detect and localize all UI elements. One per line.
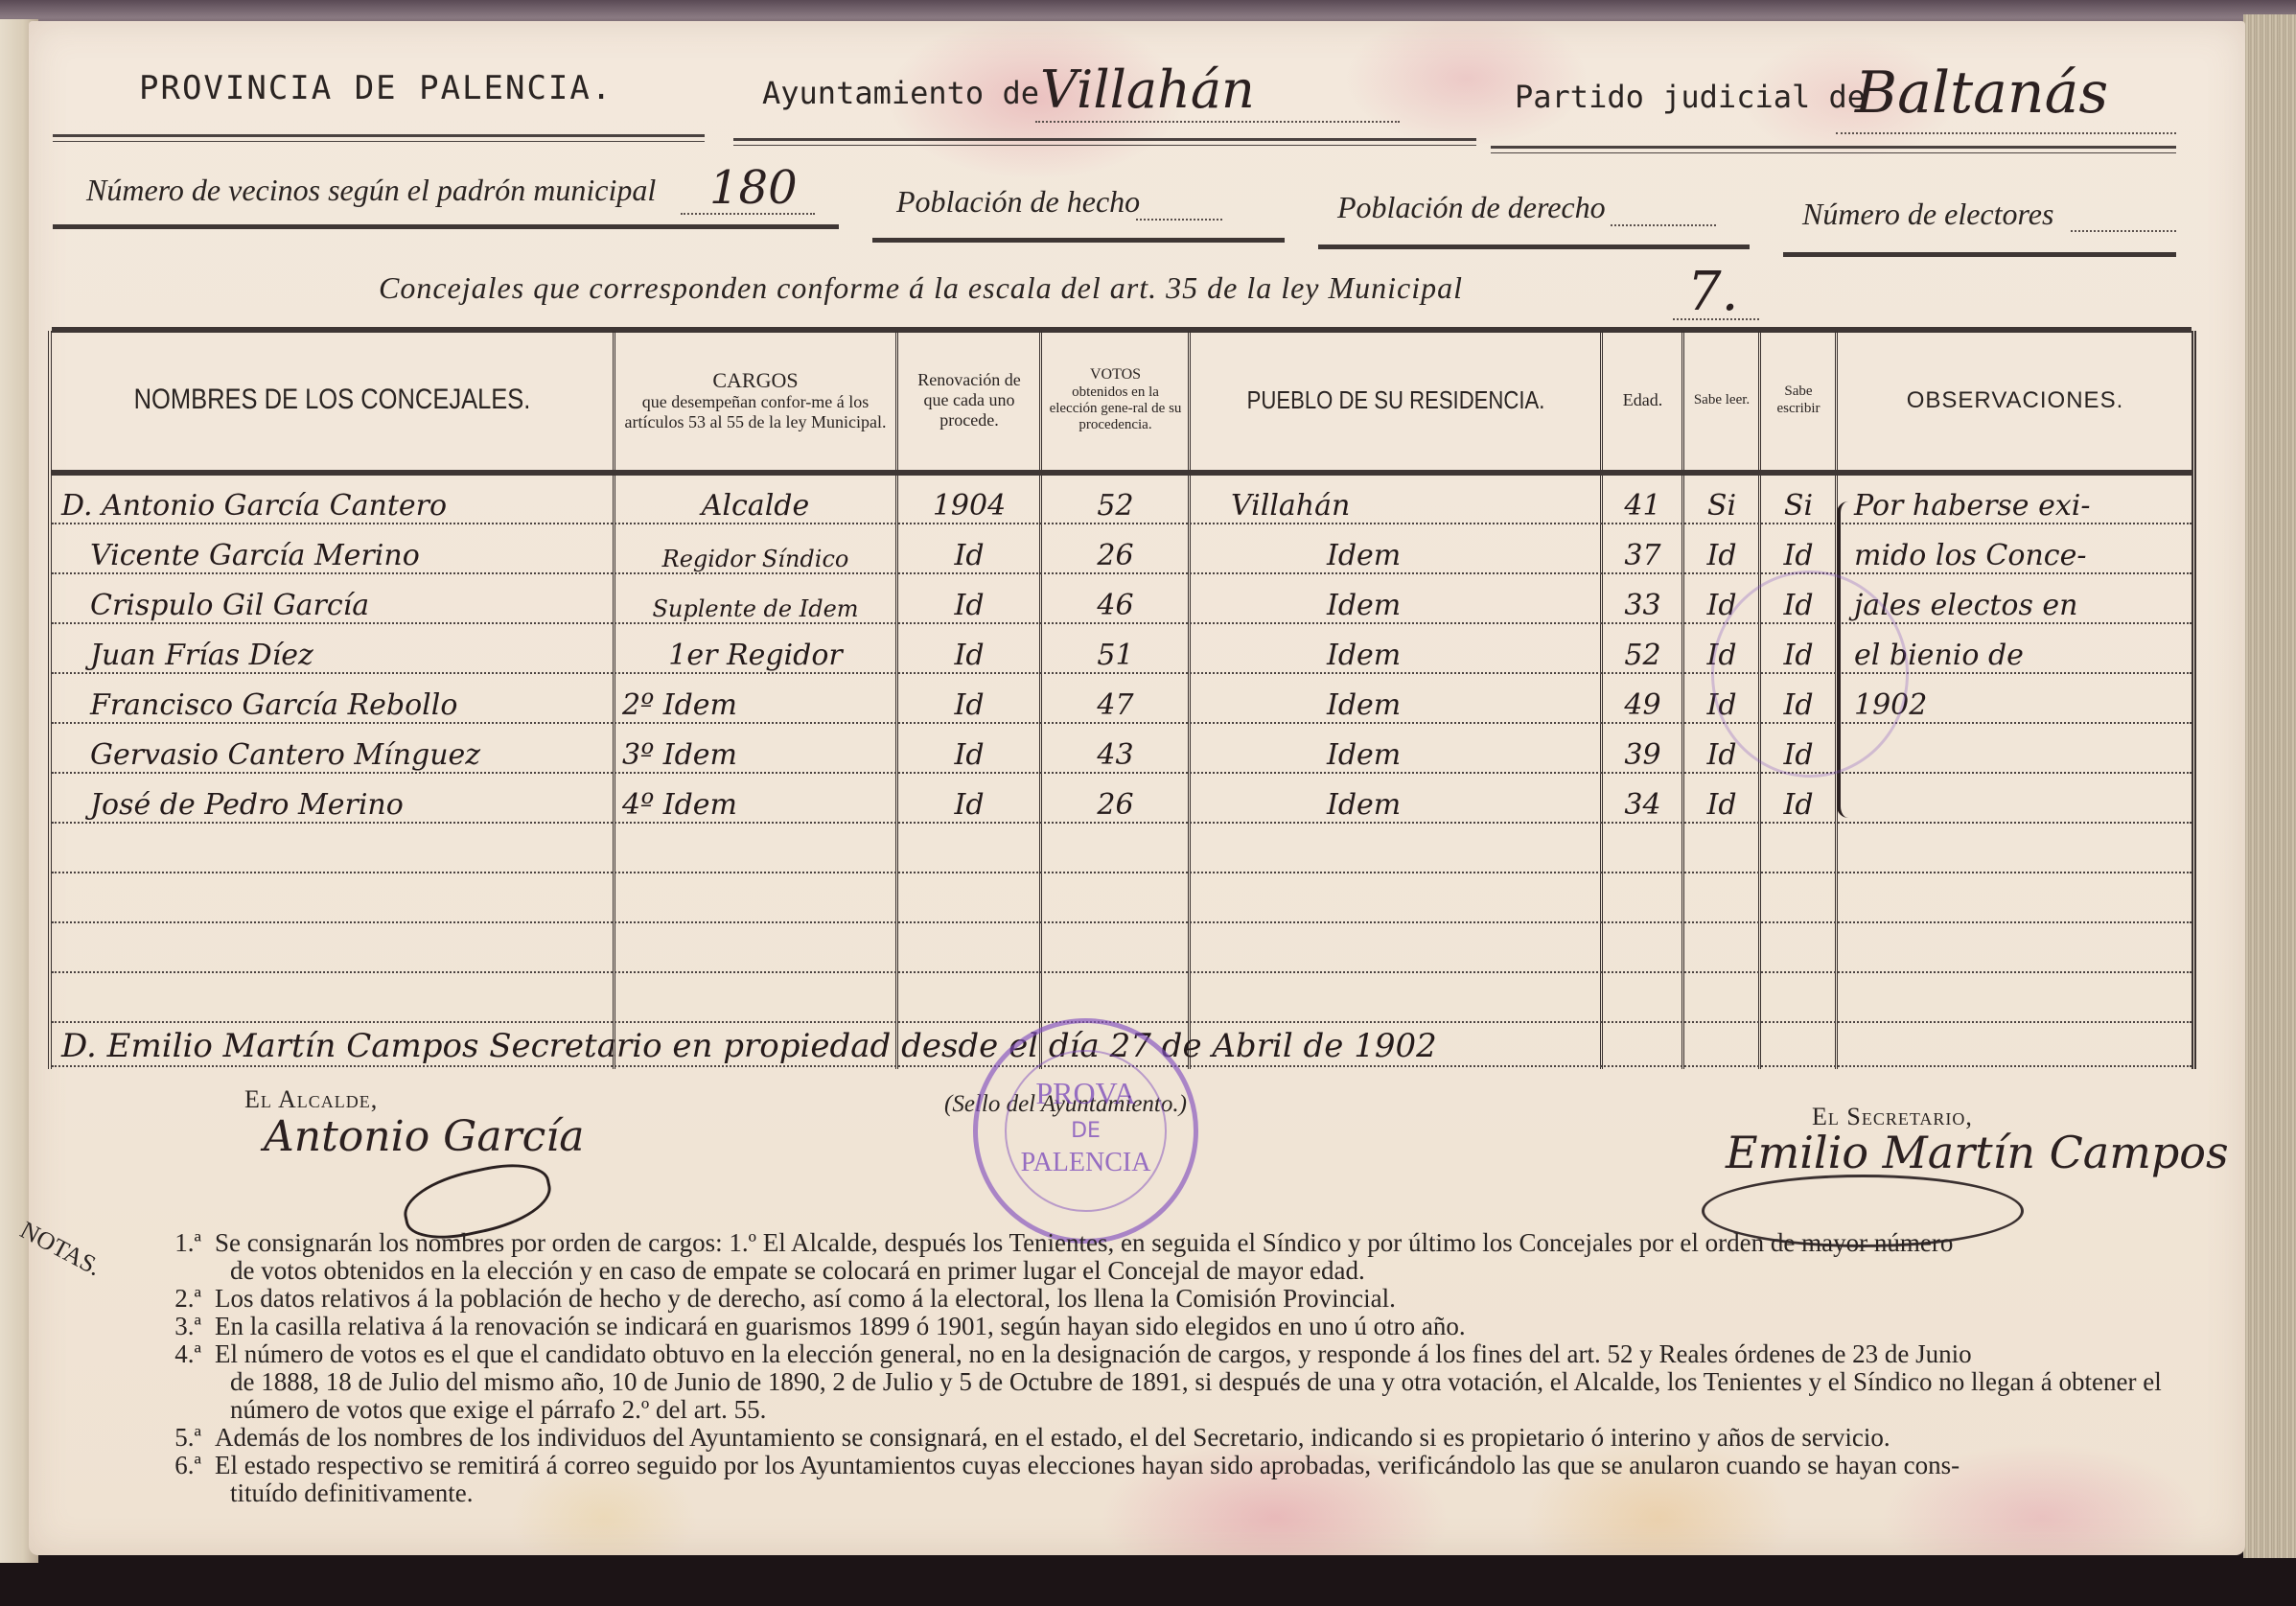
concejales-value: 7. xyxy=(1687,261,1738,323)
cell-edad: 52 xyxy=(1604,624,1681,676)
note-item: 6.ª El estado respectivo se remitirá á c… xyxy=(86,1452,2167,1479)
header-escribir: Sabe escribir xyxy=(1762,331,1835,470)
partido-dotline xyxy=(1836,132,2176,134)
note-text: Además de los nombres de los individuos … xyxy=(215,1424,2167,1452)
cell-renovacion: Id xyxy=(899,574,1039,626)
electores-label: Número de electores xyxy=(1802,197,2053,232)
cell-observaciones xyxy=(1854,724,2190,776)
cell-renovacion: 1904 xyxy=(899,475,1039,526)
cell-leer: Si xyxy=(1685,475,1758,526)
note-item: 2.ª Los datos relativos á la población d… xyxy=(86,1285,2167,1313)
stamp-text-top: PROVA xyxy=(978,1076,1194,1111)
cell-votos: 46 xyxy=(1043,574,1188,626)
note-number: 1.ª xyxy=(86,1229,215,1257)
cell-pueblo: Villahán xyxy=(1231,475,1595,526)
cell-votos: 26 xyxy=(1043,524,1188,576)
header-nombres: NOMBRES DE LOS CONCEJALES. xyxy=(94,331,570,470)
cell-observaciones: jales electos en xyxy=(1854,574,2190,626)
cell-nombre: Francisco García Rebollo xyxy=(90,674,613,726)
note-text: Se consignarán los nombres por orden de … xyxy=(215,1229,2167,1257)
note-continuation: de 1888, 18 de Julio del mismo año, 10 d… xyxy=(86,1368,2167,1424)
cell-nombre: José de Pedro Merino xyxy=(90,774,613,826)
cell-cargo: Suplente de Idem xyxy=(615,574,895,626)
page-stack-edges xyxy=(2243,14,2296,1558)
cell-leer: Id xyxy=(1685,524,1758,576)
ayuntamiento-dotline xyxy=(1035,121,1400,123)
cell-renovacion: Id xyxy=(899,774,1039,826)
table-row: José de Pedro Merino 4º Idem Id 26 Idem … xyxy=(52,774,2192,824)
cell-pueblo: Idem xyxy=(1327,524,1595,576)
table-row-empty xyxy=(52,824,2192,873)
note-item: 3.ª En la casilla relativa á la renovaci… xyxy=(86,1313,2167,1340)
cell-renovacion: Id xyxy=(899,674,1039,726)
fields-rule-1 xyxy=(53,224,839,229)
header-votos-sub: obtenidos en la elección gene-ral de su … xyxy=(1043,384,1188,434)
cell-escribir: Si xyxy=(1762,475,1835,526)
cell-leer: Id xyxy=(1685,774,1758,826)
cell-nombre: D. Antonio García Cantero xyxy=(61,475,613,526)
cell-cargo: 2º Idem xyxy=(622,674,895,726)
notes-section: 1.ª Se consignarán los nombres por orden… xyxy=(86,1229,2167,1507)
fields-rule-4 xyxy=(1783,252,2176,257)
cell-observaciones: Por haberse exi- xyxy=(1854,475,2190,526)
note-continuation: de votos obtenidos en la elección y en c… xyxy=(86,1257,2167,1285)
alcalde-label: El Alcalde, xyxy=(244,1085,378,1114)
header-observaciones: OBSERVACIONES. xyxy=(1839,331,2192,470)
cell-edad: 33 xyxy=(1604,574,1681,626)
header-leer: Sabe leer. xyxy=(1685,331,1758,470)
table-row-empty xyxy=(52,923,2192,973)
header-cargos-sub: que desempeñan confor-me á los artículos… xyxy=(615,392,895,431)
cell-edad: 39 xyxy=(1604,724,1681,776)
note-text: Los datos relativos á la población de he… xyxy=(215,1285,2167,1313)
partido-label: Partido judicial de xyxy=(1515,79,1866,115)
fields-rule-2 xyxy=(872,238,1285,243)
note-number: 6.ª xyxy=(86,1452,215,1479)
electores-dotline xyxy=(2071,230,2176,232)
secretario-signature: Emilio Martín Campos xyxy=(1726,1127,2229,1178)
header-rule-3 xyxy=(1491,146,2176,153)
cell-cargo: 4º Idem xyxy=(622,774,895,826)
cell-escribir: Id xyxy=(1762,524,1835,576)
header-cargos-title: CARGOS xyxy=(712,368,798,392)
header-cargos: CARGOS que desempeñan confor-me á los ar… xyxy=(615,331,895,470)
note-item: 1.ª Se consignarán los nombres por orden… xyxy=(86,1229,2167,1257)
cell-escribir: Id xyxy=(1762,774,1835,826)
table-row: Vicente García Merino Regidor Síndico Id… xyxy=(52,524,2192,574)
cell-renovacion: Id xyxy=(899,724,1039,776)
ayuntamiento-label: Ayuntamiento de xyxy=(762,75,1039,111)
cell-nombre: Gervasio Cantero Mínguez xyxy=(90,724,613,776)
cell-edad: 37 xyxy=(1604,524,1681,576)
note-text: El número de votos es el que el candidat… xyxy=(215,1340,2167,1368)
provincia-title: PROVINCIA DE PALENCIA. xyxy=(139,69,613,107)
note-continuation: tituído definitivamente. xyxy=(86,1479,2167,1507)
cell-pueblo: Idem xyxy=(1327,674,1595,726)
header-pueblo: PUEBLO DE SU RESIDENCIA. xyxy=(1222,331,1569,470)
poblacion-hecho-dotline xyxy=(1136,219,1222,221)
table-row: D. Antonio García Cantero Alcalde 1904 5… xyxy=(52,475,2192,524)
poblacion-derecho-label: Población de derecho xyxy=(1337,190,1606,225)
header-votos: VOTOS obtenidos en la elección gene-ral … xyxy=(1043,331,1188,470)
cell-nombre: Crispulo Gil García xyxy=(90,574,613,626)
note-item: 4.ª El número de votos es el que el cand… xyxy=(86,1340,2167,1368)
partido-value: Baltanás xyxy=(1855,59,2108,127)
alcalde-signature: Antonio García xyxy=(264,1112,585,1161)
cell-pueblo: Idem xyxy=(1327,574,1595,626)
note-number: 2.ª xyxy=(86,1285,215,1313)
cell-cargo: 3º Idem xyxy=(622,724,895,776)
header-rule-1 xyxy=(53,134,705,142)
ayuntamiento-value: Villahán xyxy=(1040,59,1255,120)
cell-votos: 43 xyxy=(1043,724,1188,776)
cell-pueblo: Idem xyxy=(1327,774,1595,826)
cell-edad: 34 xyxy=(1604,774,1681,826)
table-row-empty xyxy=(52,873,2192,923)
header-edad: Edad. xyxy=(1604,331,1681,470)
stamp-text-bottom: PALENCIA xyxy=(978,1148,1194,1178)
note-number: 3.ª xyxy=(86,1313,215,1340)
header-rule-2 xyxy=(733,138,1476,146)
cell-cargo: Regidor Síndico xyxy=(615,524,895,576)
vecinos-label: Número de vecinos según el padrón munici… xyxy=(86,173,656,208)
header-votos-title: VOTOS xyxy=(1090,366,1141,384)
vecinos-value: 180 xyxy=(709,161,798,215)
cell-cargo: Alcalde xyxy=(615,475,895,526)
note-text: En la casilla relativa á la renovación s… xyxy=(215,1313,2167,1340)
cell-pueblo: Idem xyxy=(1327,624,1595,676)
cell-observaciones xyxy=(1854,774,2190,826)
cell-votos: 51 xyxy=(1043,624,1188,676)
header-renovacion: Renovación de que cada uno procede. xyxy=(899,331,1039,470)
cell-nombre: Vicente García Merino xyxy=(90,524,613,576)
cell-nombre: Juan Frías Díez xyxy=(90,624,613,676)
cell-edad: 49 xyxy=(1604,674,1681,726)
cell-observaciones: mido los Conce- xyxy=(1854,524,2190,576)
ayuntamiento-stamp: PROVA DE PALENCIA xyxy=(973,1018,1198,1244)
poblacion-hecho-label: Población de hecho xyxy=(896,184,1140,220)
cell-votos: 26 xyxy=(1043,774,1188,826)
faded-stamp xyxy=(1711,570,1909,778)
stamp-text-middle: DE xyxy=(978,1119,1194,1143)
cell-cargo: 1er Regidor xyxy=(615,624,895,676)
note-number: 4.ª xyxy=(86,1340,215,1368)
fields-rule-3 xyxy=(1318,244,1750,249)
poblacion-derecho-dotline xyxy=(1611,224,1716,226)
concejales-label: Concejales que corresponden conforme á l… xyxy=(379,270,1463,306)
cell-votos: 47 xyxy=(1043,674,1188,726)
note-text: El estado respectivo se remitirá á corre… xyxy=(215,1452,2167,1479)
note-item: 5.ª Además de los nombres de los individ… xyxy=(86,1424,2167,1452)
cell-pueblo: Idem xyxy=(1327,724,1595,776)
cell-renovacion: Id xyxy=(899,524,1039,576)
cell-edad: 41 xyxy=(1604,475,1681,526)
note-number: 5.ª xyxy=(86,1424,215,1452)
cell-votos: 52 xyxy=(1043,475,1188,526)
cell-renovacion: Id xyxy=(899,624,1039,676)
